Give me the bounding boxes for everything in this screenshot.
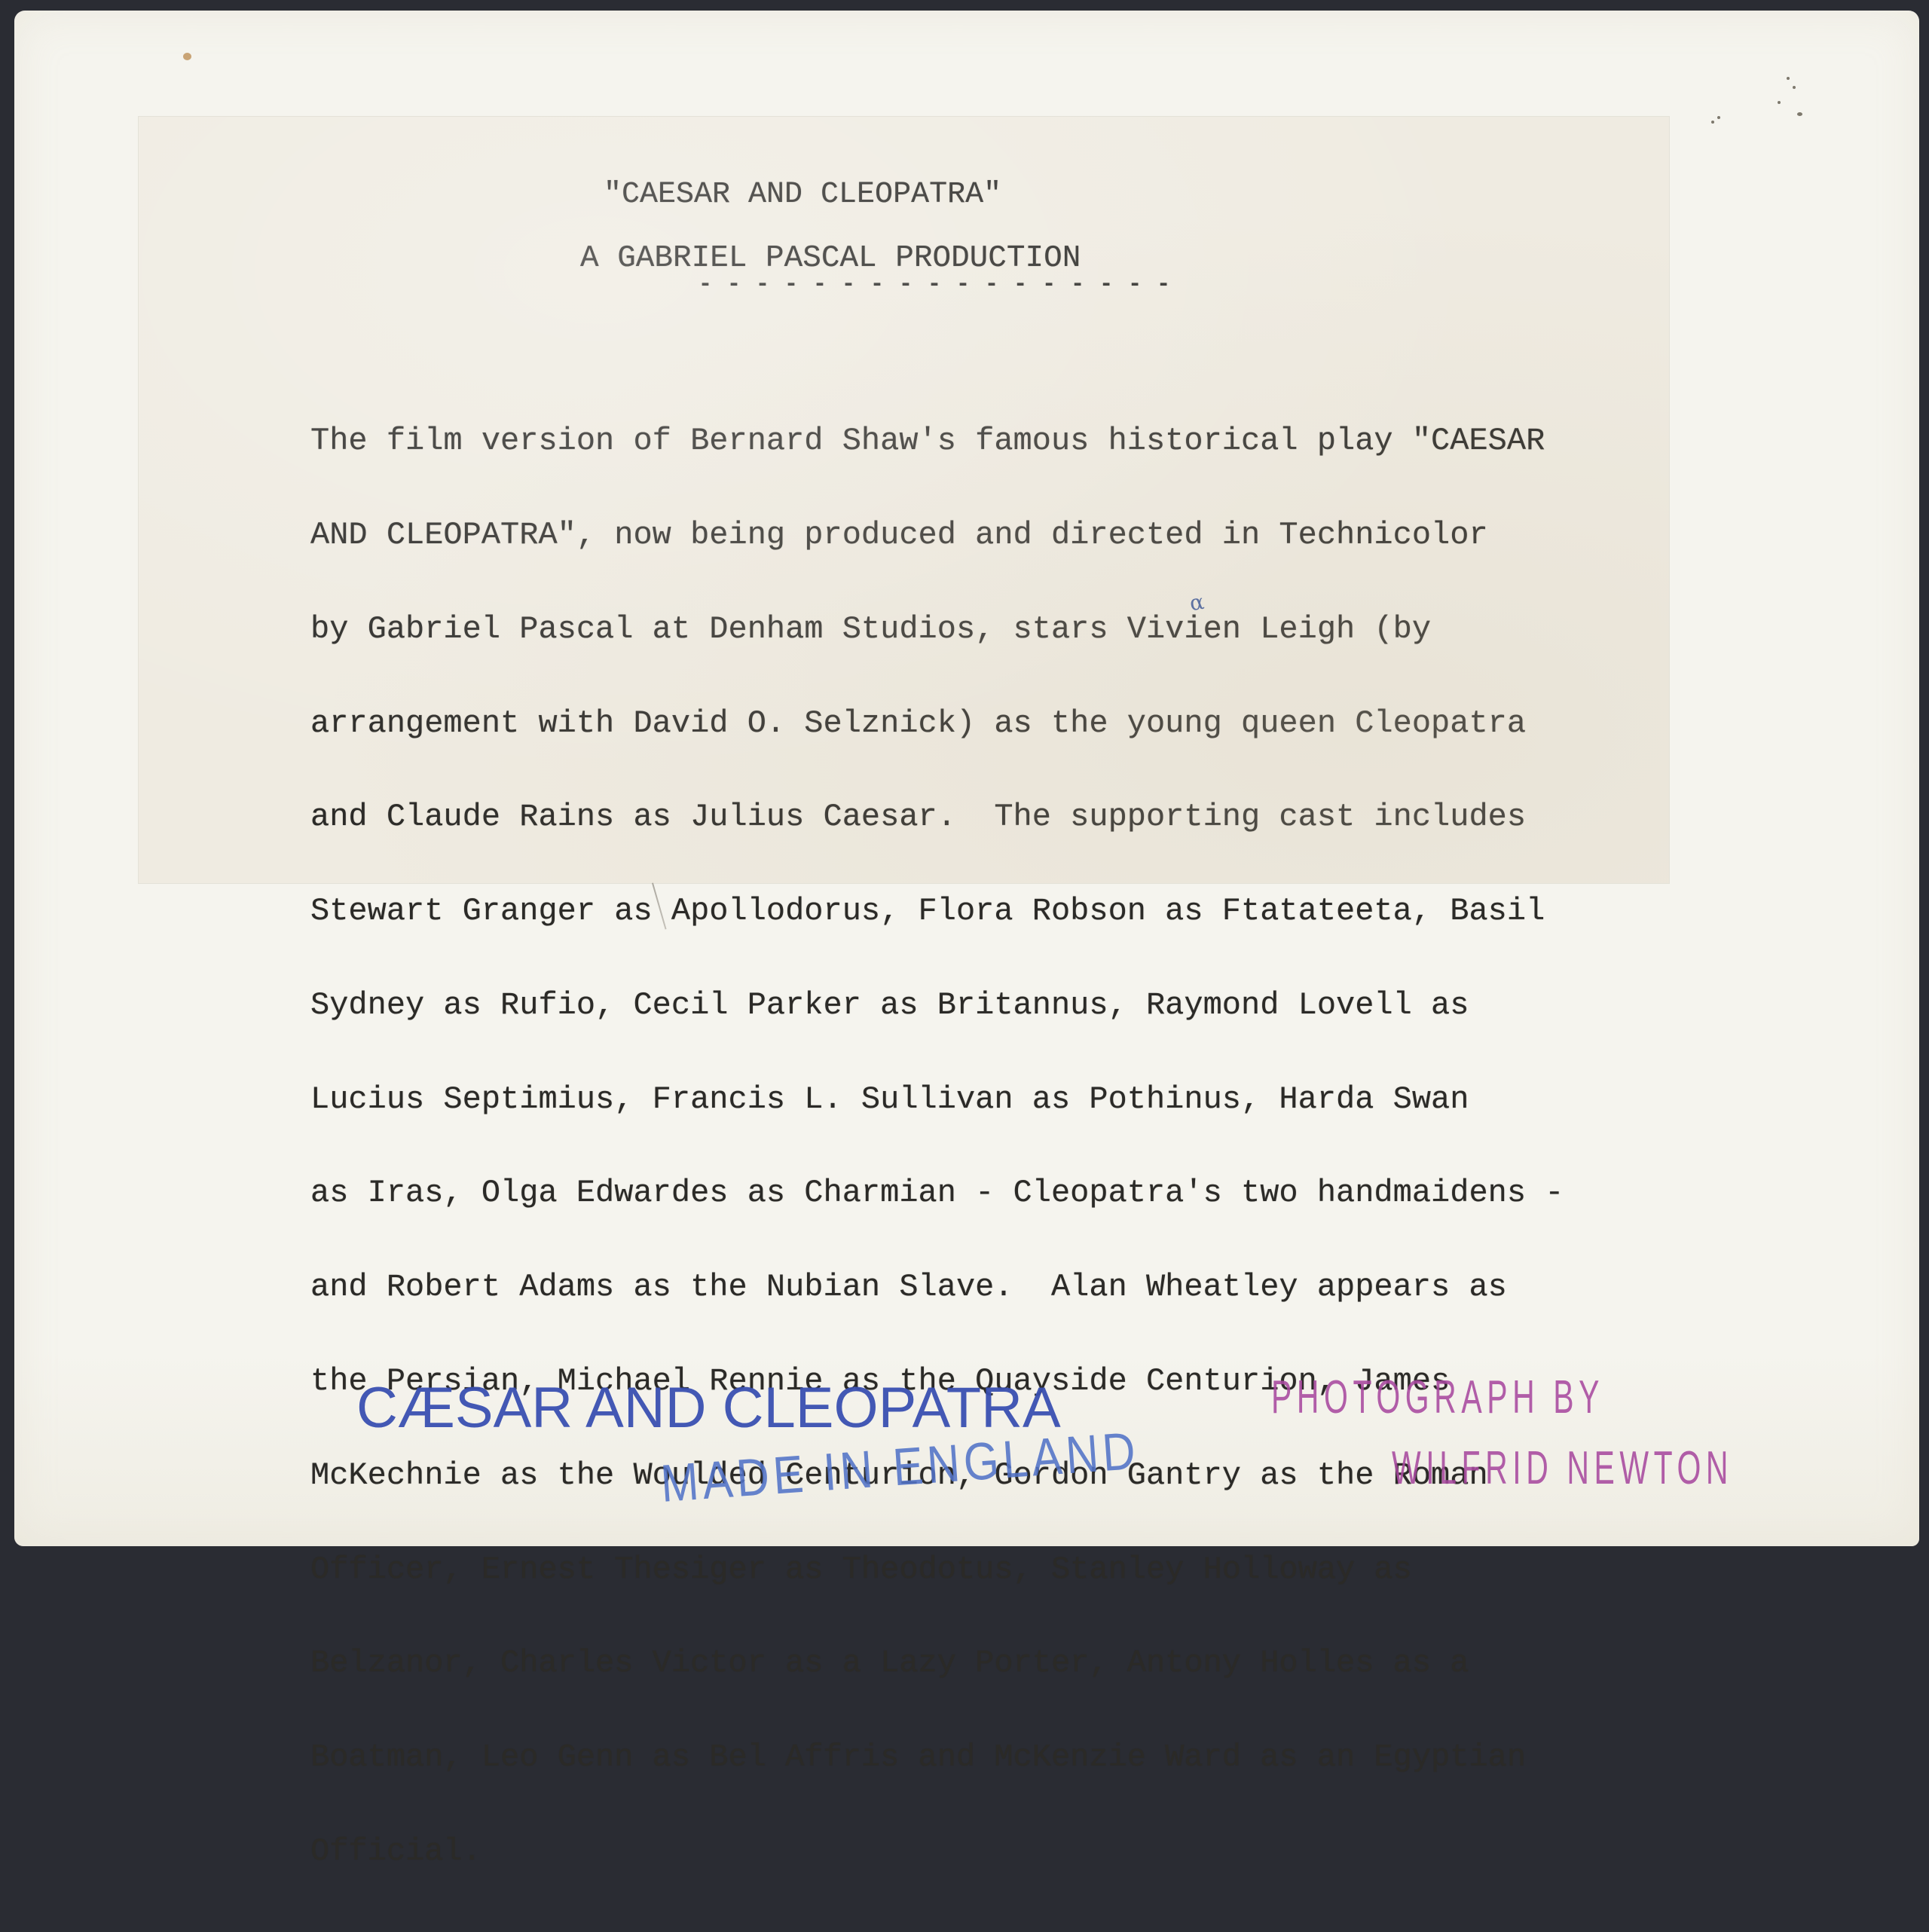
photographer-name-stamp: WILFRID NEWTON bbox=[1392, 1442, 1733, 1495]
scan-background-frame: "CAESAR AND CLEOPATRA" A GABRIEL PASCAL … bbox=[0, 0, 1929, 1552]
photo-card-back: "CAESAR AND CLEOPATRA" A GABRIEL PASCAL … bbox=[14, 11, 1919, 1546]
caption-body-line: as Iras, Olga Edwardes as Charmian - Cle… bbox=[310, 1178, 1564, 1209]
caption-body-line: and Claude Rains as Julius Caesar. The s… bbox=[310, 802, 1564, 833]
caption-body-line: Sydney as Rufio, Cecil Parker as Britann… bbox=[310, 990, 1564, 1022]
caption-body-line: by Gabriel Pascal at Denham Studios, sta… bbox=[310, 614, 1564, 646]
caption-separator: - - - - - - - - - - - - - - - - - bbox=[699, 271, 1171, 298]
dust-specks bbox=[1770, 71, 1830, 131]
caption-body-line: and Robert Adams as the Nubian Slave. Al… bbox=[310, 1272, 1564, 1304]
caption-body-line: AND CLEOPATRA", now being produced and d… bbox=[310, 520, 1564, 552]
caption-body-line: arrangement with David O. Selznick) as t… bbox=[310, 708, 1564, 740]
caption-body-line: Lucius Septimius, Francis L. Sullivan as… bbox=[310, 1084, 1564, 1116]
caption-body-line: Stewart Granger as Apollodorus, Flora Ro… bbox=[310, 896, 1564, 928]
title-stamp: CÆSAR AND CLEOPATRA bbox=[356, 1374, 1061, 1442]
stain-spot bbox=[183, 53, 191, 60]
caption-body-line: The film version of Bernard Shaw's famou… bbox=[310, 426, 1564, 457]
caption-slip: "CAESAR AND CLEOPATRA" A GABRIEL PASCAL … bbox=[139, 117, 1669, 883]
caption-title: "CAESAR AND CLEOPATRA" bbox=[604, 177, 1001, 213]
photograph-by-stamp: PHOTOGRAPH BY bbox=[1271, 1371, 1604, 1424]
